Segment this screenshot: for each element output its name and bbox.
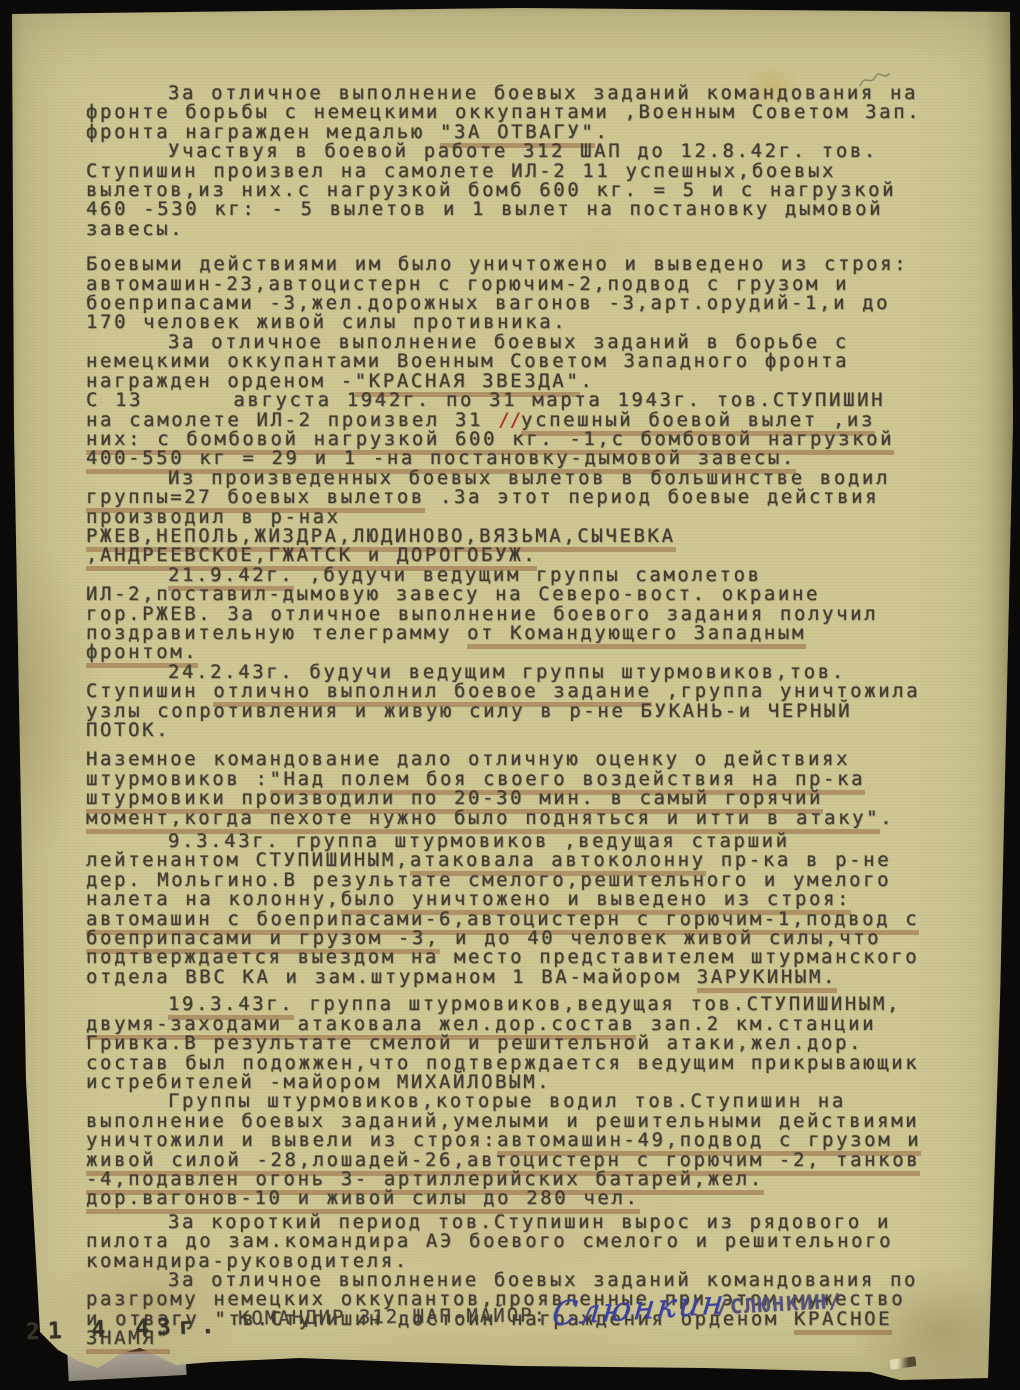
underlined-text: ЗАРУКИНЫМ. [697, 966, 837, 993]
document-text: За отличное выполнение боевых заданий ко… [86, 84, 926, 1349]
paragraph: Участвуя в боевой работе 312 ШАП до 12.8… [86, 142, 926, 239]
text-segment: За короткий период тов.Ступишин вырос из… [86, 1211, 893, 1272]
paragraph: 21.9.42г. ,будучи ведущим группы самолет… [86, 566, 926, 663]
paragraph: Боевыми действиями им было уничтожено и … [86, 255, 926, 333]
paragraph: За короткий период тов.Ступишин вырос из… [86, 1213, 926, 1271]
paragraph: С 13 августа 1942г. по 31 марта 1943г. т… [86, 391, 926, 469]
paragraph: Из произведенных боевых вылетов в больши… [86, 469, 926, 566]
paragraph: За отличное выполнение боевых заданий ко… [86, 84, 926, 142]
text-segment: Участвуя в боевой работе 312 ШАП до 12.8… [86, 140, 896, 240]
text-segment: Боевыми действиями им было уничтожено и … [86, 253, 908, 333]
paragraph: 9.3.43г. группа штурмовиков ,ведущая ста… [86, 832, 926, 987]
commander-line: КОМАНДИР 312 ШАП-МАЙОР: [238, 1304, 547, 1329]
paragraph: 19.3.43г. группа штурмовиков,ведущая тов… [86, 995, 926, 1092]
paragraph: За отличное выполнение боевых заданий в … [86, 333, 926, 391]
paragraph: Наземное командование дало отличную оцен… [86, 750, 926, 828]
text-segment: . [880, 807, 894, 829]
pencil-squiggle-mark [858, 70, 892, 92]
paragraph: Группы штурмовиков,которые водил тов.Сту… [86, 1092, 926, 1208]
scanned-photo-background: { "document": { "paragraphs": [ {"indent… [0, 0, 1020, 1390]
paragraph: 24.2.43г. будучи ведущим группы штурмови… [86, 663, 926, 741]
